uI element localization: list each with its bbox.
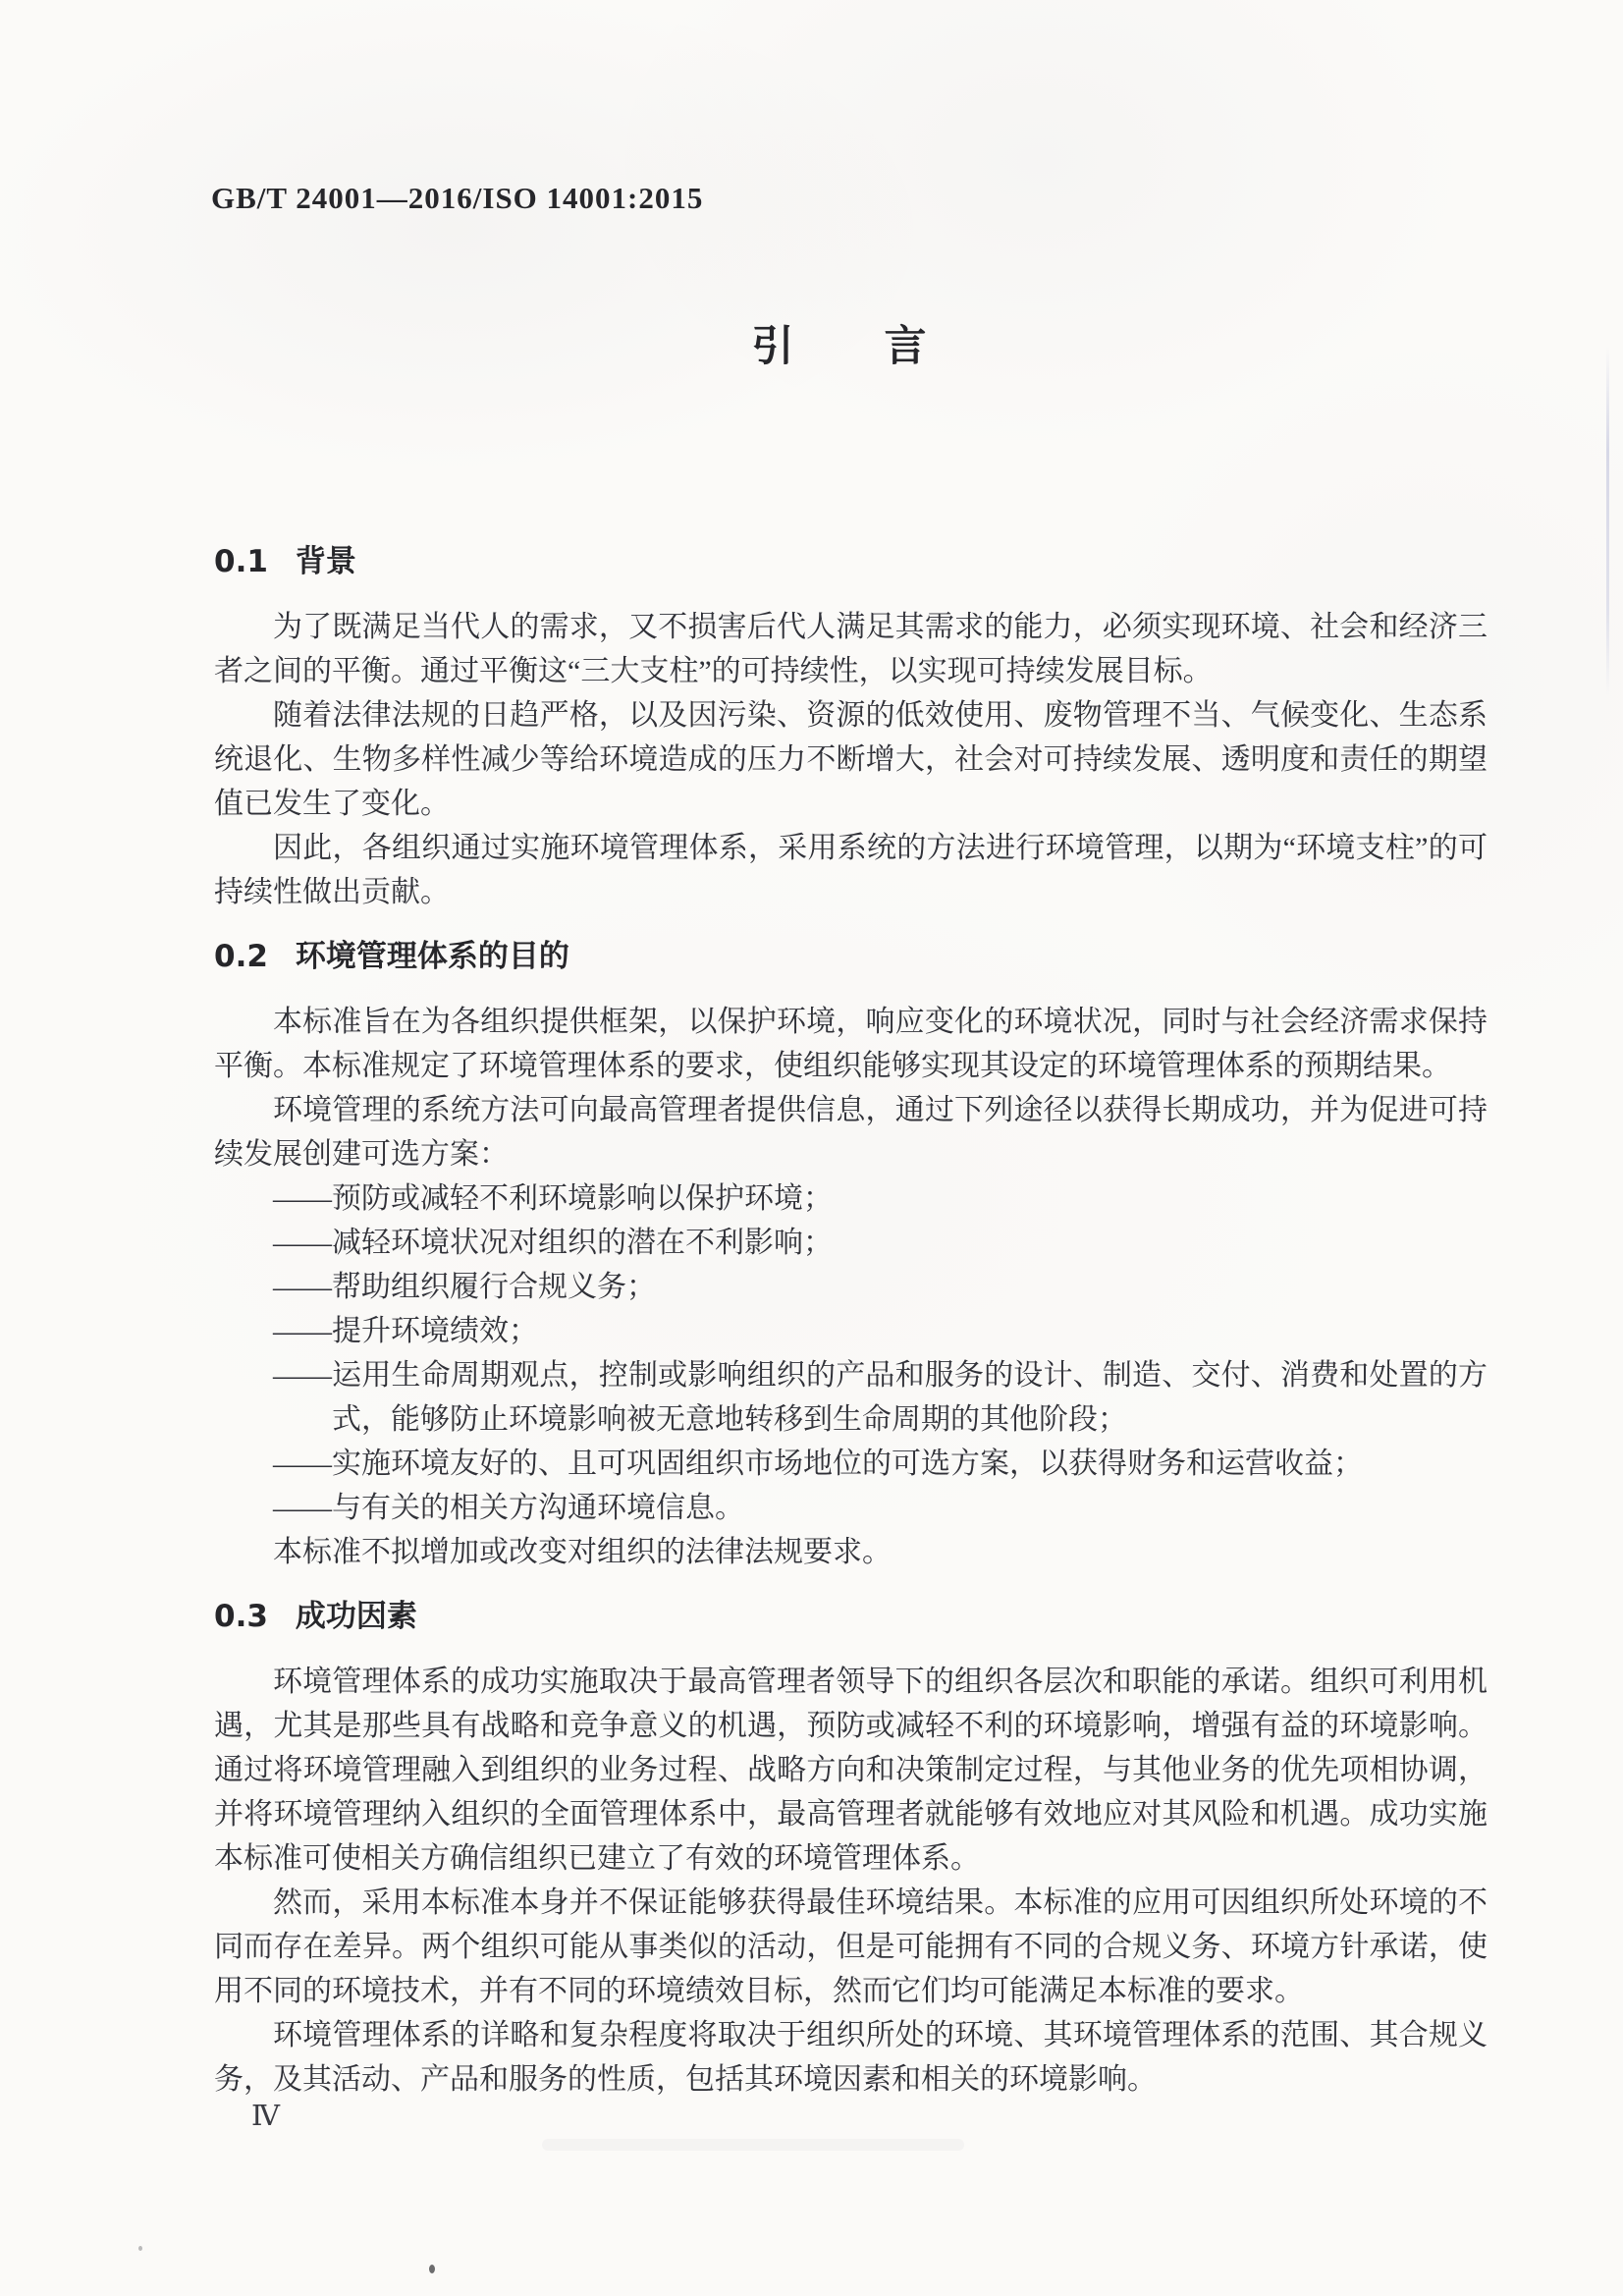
dash: —— xyxy=(273,1227,332,1259)
paragraph: 因此，各组织通过实施环境管理体系，采用系统的方法进行环境管理，以期为“环境支柱”… xyxy=(214,826,1488,914)
section-heading-0-1: 0.1背景 xyxy=(214,540,1488,584)
list-item-text: 运用生命周期观点，控制或影响组织的产品和服务的设计、制造、交付、消费和处置的方式… xyxy=(332,1359,1488,1436)
dash: —— xyxy=(273,1315,332,1347)
document-body: 0.1背景 为了既满足当代人的需求，又不损害后代人满足其需求的能力，必须实现环境… xyxy=(214,540,1488,2102)
scan-artifact-line xyxy=(1606,346,1609,697)
list-item-text: 与有关的相关方沟通环境信息。 xyxy=(332,1492,744,1524)
paragraph: 环境管理体系的成功实施取决于最高管理者领导下的组织各层次和职能的承诺。组织可利用… xyxy=(214,1660,1488,1881)
list-item: ——帮助组织履行合规义务； xyxy=(214,1265,1488,1309)
paragraph: 为了既满足当代人的需求，又不损害后代人满足其需求的能力，必须实现环境、社会和经济… xyxy=(214,605,1488,693)
list-item-text: 预防或减轻不利环境影响以保护环境； xyxy=(332,1182,833,1215)
paragraph: 本标准不拟增加或改变对组织的法律法规要求。 xyxy=(214,1530,1488,1574)
list-item-text: 帮助组织履行合规义务； xyxy=(332,1271,656,1303)
dash: —— xyxy=(273,1448,332,1480)
title-char-1: 引 xyxy=(752,322,794,371)
list-item: ——运用生命周期观点，控制或影响组织的产品和服务的设计、制造、交付、消费和处置的… xyxy=(214,1353,1488,1442)
section-title: 环境管理体系的目的 xyxy=(296,939,569,974)
dash: —— xyxy=(273,1492,332,1524)
paragraph: 环境管理的系统方法可向最高管理者提供信息，通过下列途径以获得长期成功，并为促进可… xyxy=(214,1088,1488,1176)
paragraph: 环境管理体系的详略和复杂程度将取决于组织所处的环境、其环境管理体系的范围、其合规… xyxy=(214,2013,1488,2102)
paragraph: 本标准旨在为各组织提供框架，以保护环境，响应变化的环境状况，同时与社会经济需求保… xyxy=(214,1000,1488,1088)
paragraph: 随着法律法规的日趋严格，以及因污染、资源的低效使用、废物管理不当、气候变化、生态… xyxy=(214,693,1488,826)
list-item: ——实施环境友好的、且可巩固组织市场地位的可选方案，以获得财务和运营收益； xyxy=(214,1442,1488,1486)
section-number: 0.2 xyxy=(214,939,268,974)
list-item-text: 提升环境绩效； xyxy=(332,1315,538,1347)
section-number: 0.1 xyxy=(214,544,268,579)
section-title: 成功因素 xyxy=(296,1599,417,1634)
title-char-2: 言 xyxy=(885,322,927,371)
list-item-text: 减轻环境状况对组织的潜在不利影响； xyxy=(332,1227,833,1259)
list-item-text: 实施环境友好的、且可巩固组织市场地位的可选方案，以获得财务和运营收益； xyxy=(332,1448,1363,1480)
document-page: GB/T 24001—2016/ISO 14001:2015 引言 0.1背景 … xyxy=(0,0,1623,2296)
dash: —— xyxy=(273,1359,332,1392)
list-item: ——预防或减轻不利环境影响以保护环境； xyxy=(214,1176,1488,1221)
dash-list: ——预防或减轻不利环境影响以保护环境； ——减轻环境状况对组织的潜在不利影响； … xyxy=(214,1176,1488,1530)
dash: —— xyxy=(273,1271,332,1303)
paragraph: 然而，采用本标准本身并不保证能够获得最佳环境结果。本标准的应用可因组织所处环境的… xyxy=(214,1881,1488,2013)
scan-speck xyxy=(429,2265,435,2273)
standard-number-header: GB/T 24001—2016/ISO 14001:2015 xyxy=(211,181,703,216)
dash: —— xyxy=(273,1182,332,1215)
section-number: 0.3 xyxy=(214,1599,268,1634)
scan-smudge xyxy=(542,2139,964,2151)
page-number: Ⅳ xyxy=(251,2100,280,2133)
list-item: ——与有关的相关方沟通环境信息。 xyxy=(214,1486,1488,1530)
list-item: ——减轻环境状况对组织的潜在不利影响； xyxy=(214,1221,1488,1265)
scan-speck xyxy=(138,2246,142,2251)
section-title: 背景 xyxy=(296,544,356,579)
page-title: 引言 xyxy=(0,324,1623,369)
list-item: ——提升环境绩效； xyxy=(214,1309,1488,1353)
section-heading-0-2: 0.2环境管理体系的目的 xyxy=(214,935,1488,979)
section-heading-0-3: 0.3成功因素 xyxy=(214,1595,1488,1639)
